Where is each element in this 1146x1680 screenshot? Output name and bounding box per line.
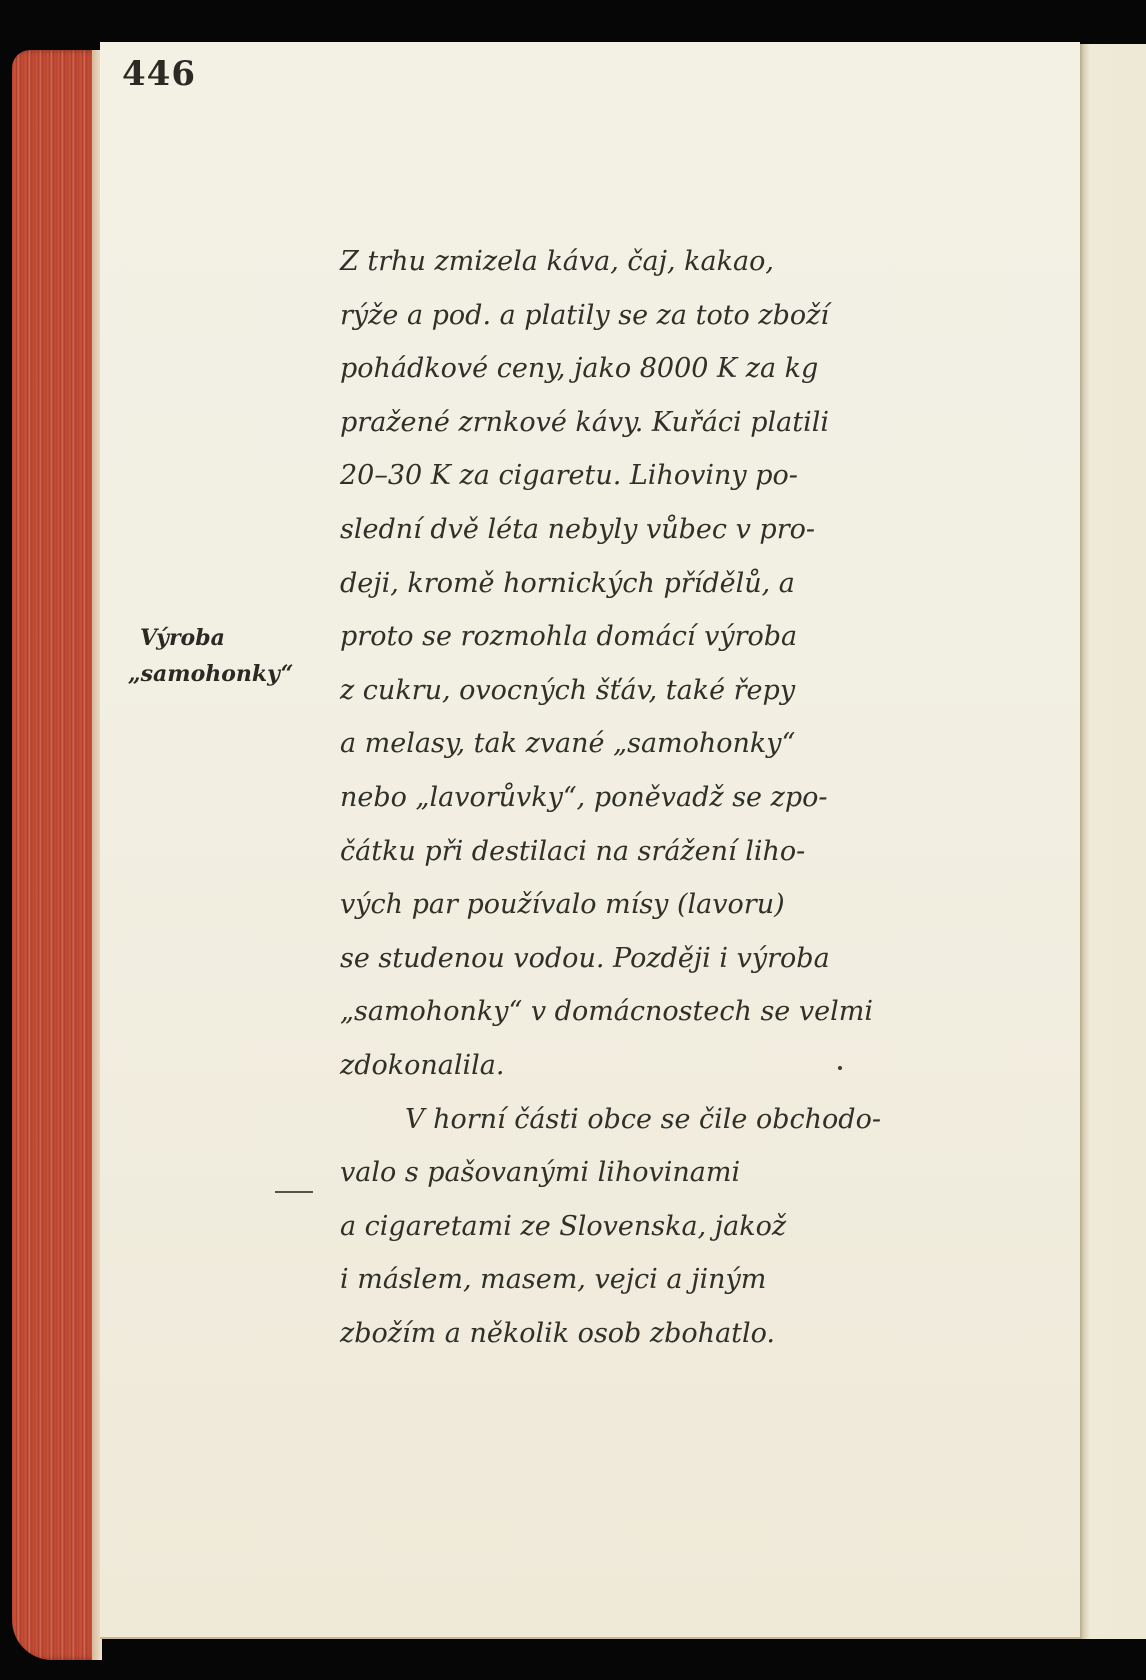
- page-edges: [12, 50, 102, 1660]
- text-line: vých par používalo mísy (lavoru): [340, 878, 990, 932]
- text-line: proto se rozmohla domácí výroba: [340, 610, 990, 664]
- text-line: 20–30 K za cigaretu. Lihoviny po-: [340, 449, 990, 503]
- text-line: valo s pašovanými lihovinami: [340, 1146, 990, 1200]
- ink-speck: [838, 1066, 842, 1070]
- paragraph-start-line: V horní části obce se čile obchodo-: [340, 1093, 990, 1147]
- page-number: 446: [122, 54, 196, 94]
- text-line: pohádkové ceny, jako 8000 K za kg: [340, 342, 990, 396]
- book-photo: 446 Výroba „samohonky“ Z trhu zmizela ká…: [0, 0, 1146, 1680]
- text-line: Z trhu zmizela káva, čaj, kakao,: [340, 235, 990, 289]
- margin-dash-mark: [275, 1191, 313, 1193]
- text-line: zdokonalila.: [340, 1039, 990, 1093]
- text-line: a melasy, tak zvané „samohonky“: [340, 717, 990, 771]
- handwritten-text: Z trhu zmizela káva, čaj, kakao, rýže a …: [340, 235, 990, 1360]
- text-line: se studenou vodou. Později i výroba: [340, 932, 990, 986]
- text-line: a cigaretami ze Slovenska, jakož: [340, 1200, 990, 1254]
- text-line: deji, kromě hornických přídělů, a: [340, 557, 990, 611]
- margin-note-line-2: „samohonky“: [128, 656, 310, 692]
- text-line: čátku při destilaci na srážení liho-: [340, 825, 990, 879]
- text-line: i máslem, masem, vejci a jiným: [340, 1253, 990, 1307]
- text-line: slední dvě léta nebyly vůbec v pro-: [340, 503, 990, 557]
- text-line: pražené zrnkové kávy. Kuřáci platili: [340, 396, 990, 450]
- text-line: „samohonky“ v domácnostech se velmi: [340, 985, 990, 1039]
- margin-note-line-1: Výroba: [140, 625, 225, 651]
- text-line: nebo „lavorůvky“, poněvadž se zpo-: [340, 771, 990, 825]
- text-line: zbožím a několik osob zbohatlo.: [340, 1307, 990, 1361]
- text-line: z cukru, ovocných šťáv, také řepy: [340, 664, 990, 718]
- next-page-edge: [1080, 44, 1146, 1639]
- text-line: rýže a pod. a platily se za toto zboží: [340, 289, 990, 343]
- margin-note: Výroba „samohonky“: [140, 620, 310, 692]
